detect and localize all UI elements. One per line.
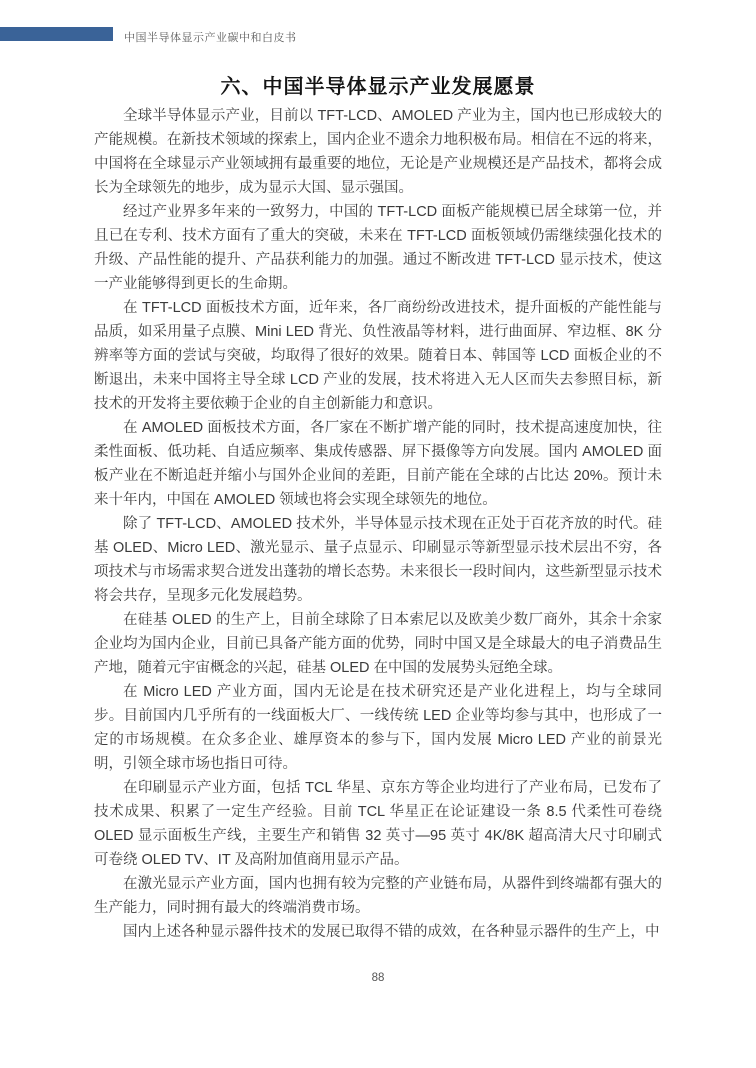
- document-page: 中国半导体显示产业碳中和白皮书 六、中国半导体显示产业发展愿景 全球半导体显示产…: [0, 0, 756, 1068]
- paragraph: 在硅基 OLED 的生产上，目前全球除了日本索尼以及欧美少数厂商外，其余十余家企…: [94, 608, 662, 680]
- paragraph: 在印刷显示产业方面，包括 TCL 华星、京东方等企业均进行了产业布局，已发布了技…: [94, 776, 662, 872]
- paragraph: 除了 TFT-LCD、AMOLED 技术外，半导体显示技术现在正处于百花齐放的时…: [94, 512, 662, 608]
- paragraph: 在 AMOLED 面板技术方面，各厂家在不断扩增产能的同时，技术提高速度加快，往…: [94, 416, 662, 512]
- paragraph: 在激光显示产业方面，国内也拥有较为完整的产业链布局，从器件到终端都有强大的生产能…: [94, 872, 662, 920]
- header-accent-bar: [0, 27, 113, 41]
- body-text-block: 全球半导体显示产业，目前以 TFT-LCD、AMOLED 产业为主，国内也已形成…: [94, 104, 662, 944]
- page-number: 88: [0, 972, 756, 984]
- paragraph: 在 Micro LED 产业方面，国内无论是在技术研究还是产业化进程上，均与全球…: [94, 680, 662, 776]
- paragraph: 经过产业界多年来的一致努力，中国的 TFT-LCD 面板产能规模已居全球第一位，…: [94, 200, 662, 296]
- paragraph: 全球半导体显示产业，目前以 TFT-LCD、AMOLED 产业为主，国内也已形成…: [94, 104, 662, 200]
- chapter-title: 六、中国半导体显示产业发展愿景: [0, 70, 756, 99]
- running-header-title: 中国半导体显示产业碳中和白皮书: [124, 29, 297, 45]
- paragraph: 在 TFT-LCD 面板技术方面，近年来，各厂商纷纷改进技术，提升面板的产能性能…: [94, 296, 662, 416]
- paragraph: 国内上述各种显示器件技术的发展已取得不错的成效，在各种显示器件的生产上，中: [94, 920, 662, 944]
